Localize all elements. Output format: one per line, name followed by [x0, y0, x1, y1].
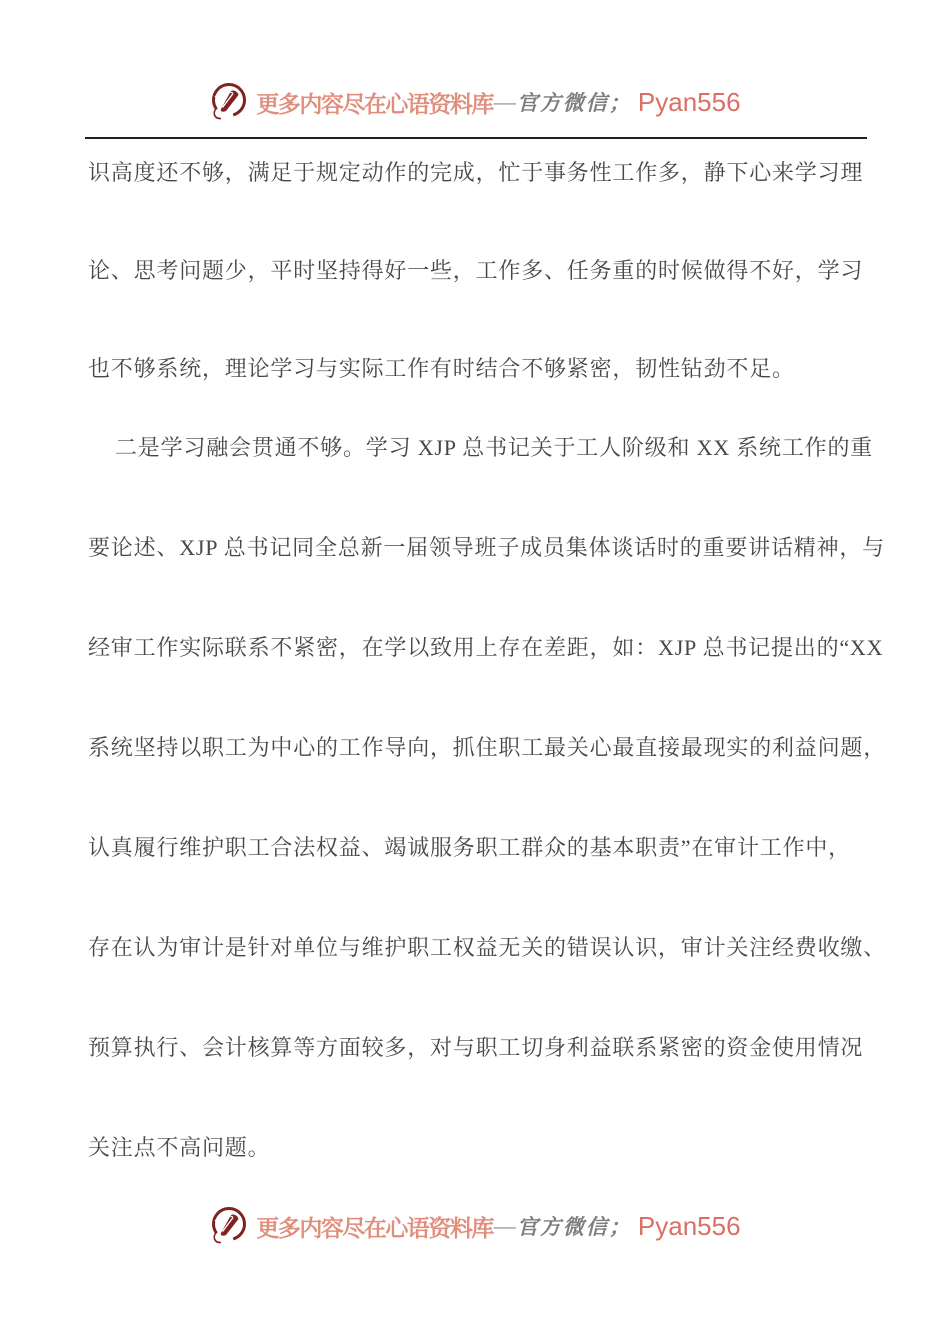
- document-line: 识高度还不够，满足于规定动作的完成，忙于事务性工作多，静下心来学习理: [88, 122, 888, 220]
- document-line: 经审工作实际联系不紧密，在学以致用上存在差距，如：XJP 总书记提出的“XX: [88, 596, 888, 696]
- document-line: 预算执行、会计核算等方面较多，对与职工切身利益联系紧密的资金使用情况: [88, 996, 888, 1096]
- wechat-id: Pyan556: [638, 87, 741, 118]
- paragraph-2: 二是学习融会贯通不够。学习 XJP 总书记关于工人阶级和 XX 系统工作的重 要…: [88, 396, 888, 1196]
- document-line: 要论述、XJP 总书记同全总新一届领导班子成员集体谈话时的重要讲话精神，与: [88, 496, 888, 596]
- footer-branding: 更多内容尽在心语资料库 — 官方微信； Pyan556: [0, 1204, 950, 1248]
- pen-nib-circle-icon: [209, 1205, 249, 1247]
- header-branding: 更多内容尽在心语资料库 — 官方微信； Pyan556: [0, 80, 950, 124]
- document-line: 认真履行维护职工合法权益、竭诚服务职工群众的基本职责”在审计工作中，: [88, 796, 888, 896]
- document-line: 系统坚持以职工为中心的工作导向，抓住职工最关心最直接最现实的利益问题，: [88, 696, 888, 796]
- document-line: 存在认为审计是针对单位与维护职工权益无关的错误认识，审计关注经费收缴、: [88, 896, 888, 996]
- brand-separator: —: [494, 1213, 516, 1239]
- pen-nib-circle-icon: [209, 81, 249, 123]
- document-line: 二是学习融会贯通不够。学习 XJP 总书记关于工人阶级和 XX 系统工作的重: [88, 396, 888, 496]
- document-page: 更多内容尽在心语资料库 — 官方微信； Pyan556 识高度还不够，满足于规定…: [0, 0, 950, 1344]
- wechat-label: 官方微信；: [517, 1211, 632, 1241]
- paragraph-1: 识高度还不够，满足于规定动作的完成，忙于事务性工作多，静下心来学习理 论、思考问…: [88, 122, 888, 416]
- wechat-id: Pyan556: [638, 1211, 741, 1242]
- document-line: 论、思考问题少，平时坚持得好一些，工作多、任务重的时候做得不好，学习: [88, 220, 888, 318]
- brand-text: 更多内容尽在心语资料库: [256, 86, 493, 119]
- brand-separator: —: [494, 89, 516, 115]
- document-line: 关注点不高问题。: [88, 1096, 888, 1196]
- brand-text: 更多内容尽在心语资料库: [256, 1210, 493, 1243]
- wechat-label: 官方微信；: [517, 87, 632, 117]
